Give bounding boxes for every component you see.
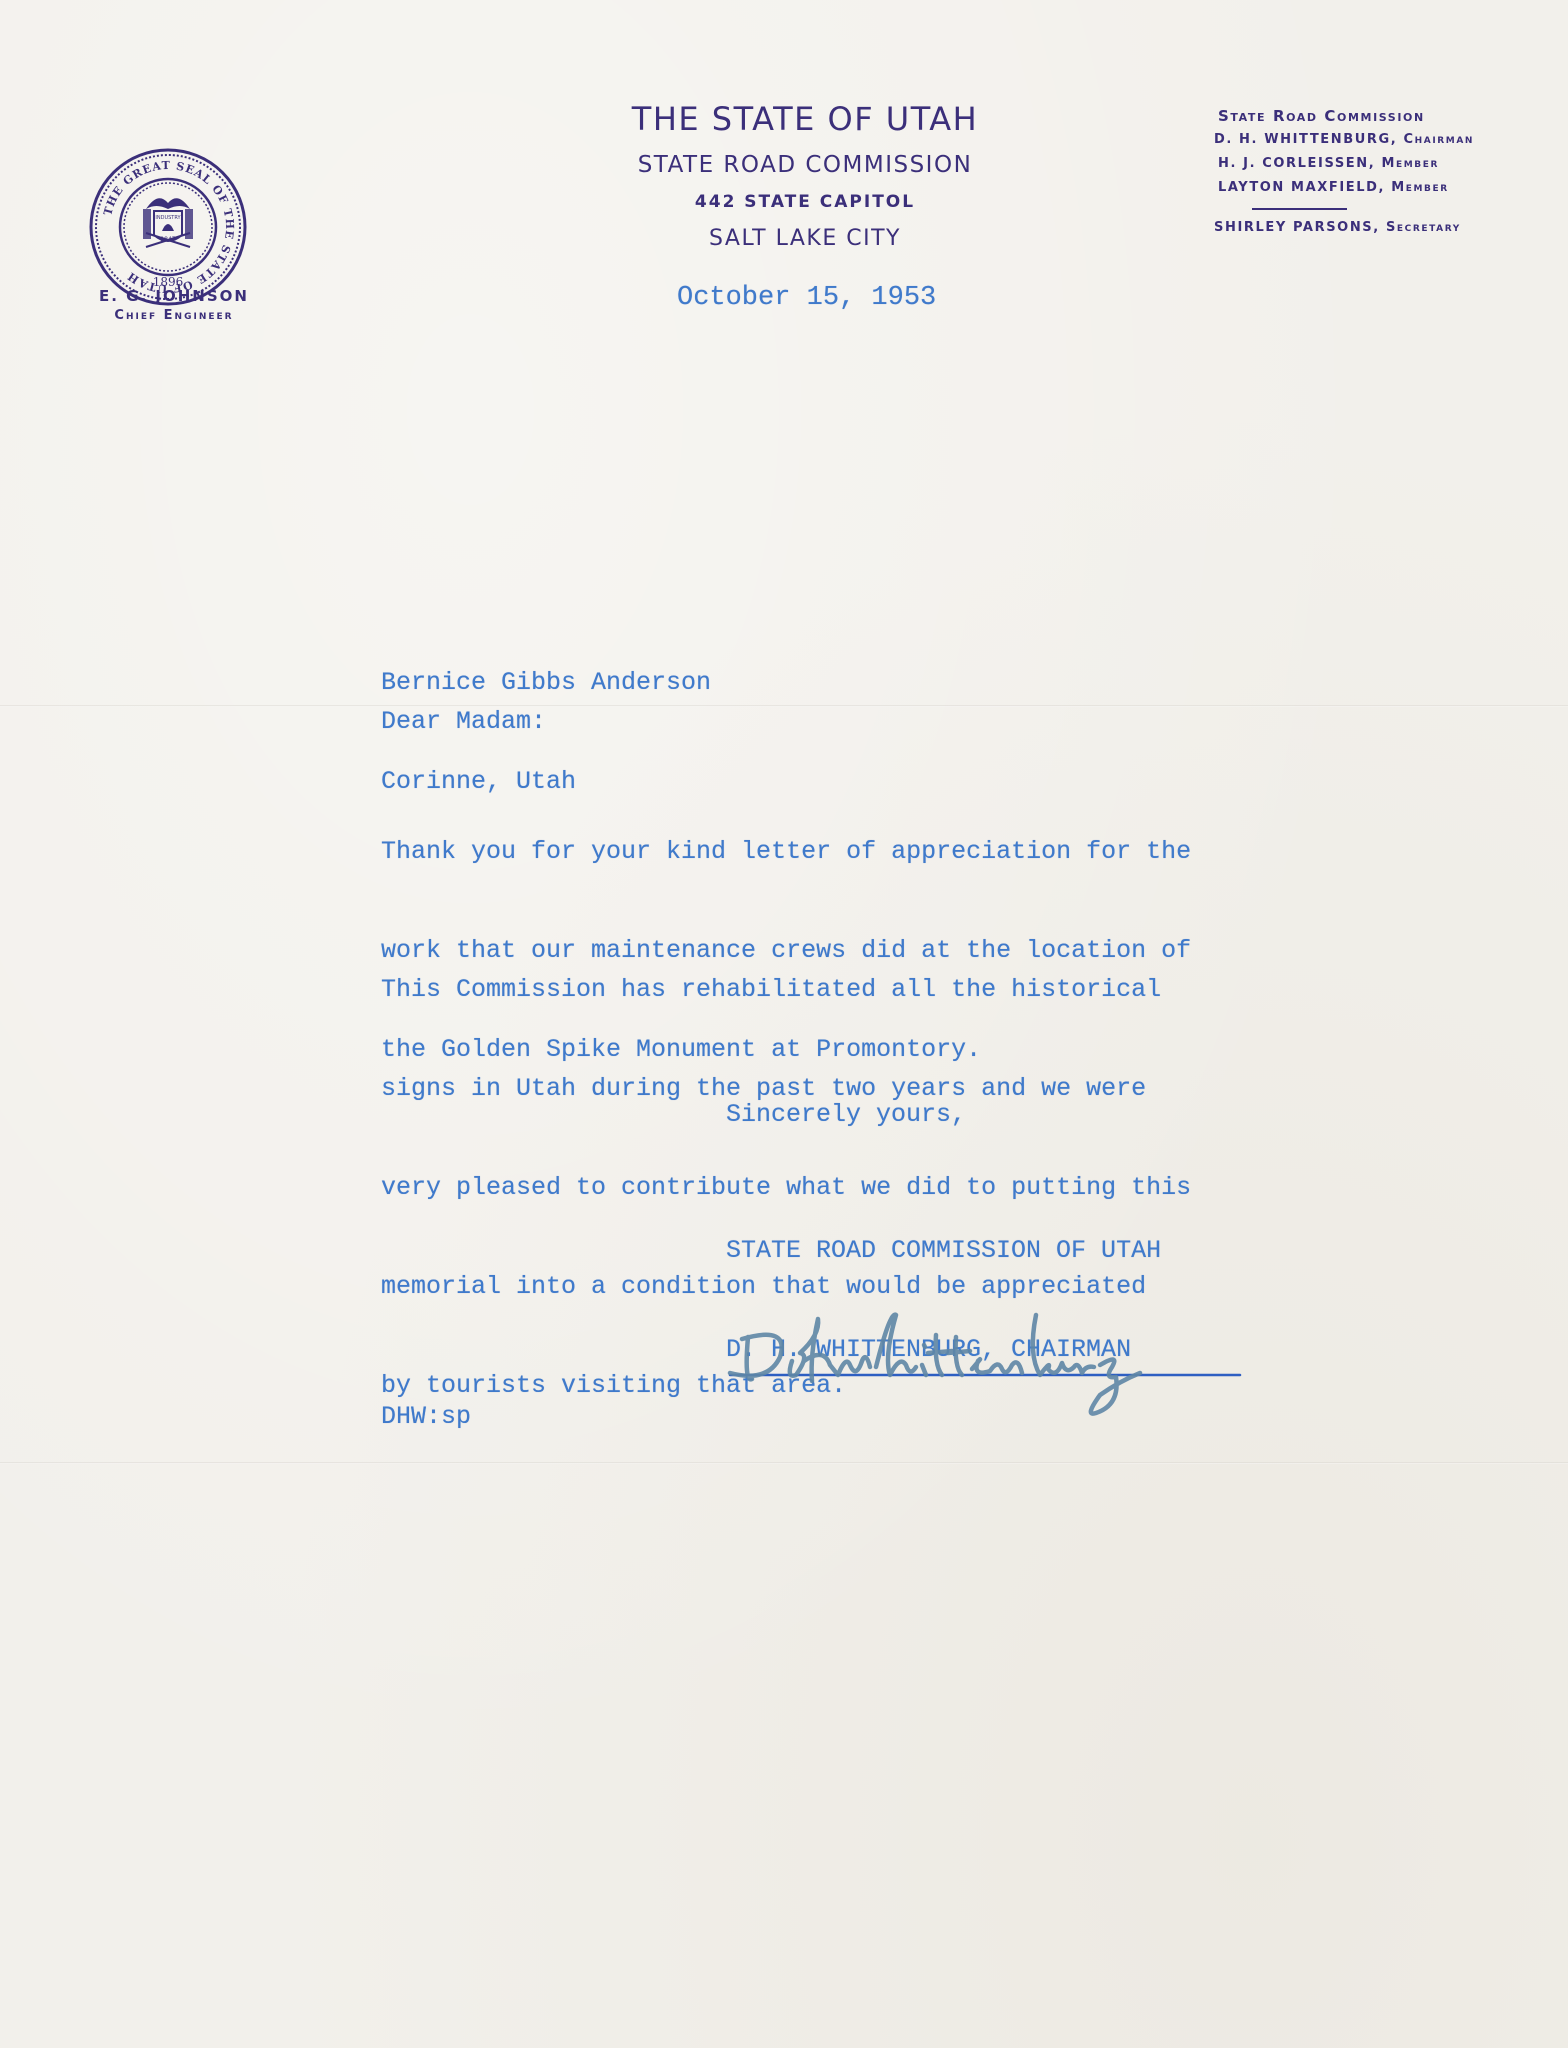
chief-engineer-block: E. G. JOHNSON Chief Engineer (60, 287, 288, 323)
commission-heading: State Road Commission (1214, 104, 1554, 128)
svg-text:INDUSTRY: INDUSTRY (155, 215, 181, 221)
salutation: Dear Madam: (381, 705, 546, 738)
paper-fold-line (0, 1462, 1568, 1464)
chief-engineer-title: Chief Engineer (60, 308, 288, 323)
paragraph-line: Thank you for your kind letter of apprec… (381, 835, 1191, 868)
roster-secretary: SHIRLEY PARSONS, Secretary (1214, 216, 1554, 240)
roster-member: H. J. CORLEISSEN, Member (1214, 152, 1554, 176)
letter-date: October 15, 1953 (677, 282, 936, 315)
utah-state-seal-icon: THE GREAT SEAL OF THE STATE OF UTAH 1896… (88, 147, 248, 307)
chief-engineer-name: E. G. JOHNSON (60, 287, 288, 305)
agency-address: 442 STATE CAPITOL (560, 192, 1050, 212)
complimentary-close: Sincerely yours, (726, 1098, 966, 1131)
state-title: THE STATE OF UTAH (560, 100, 1050, 138)
paragraph-line: This Commission has rehabilitated all th… (381, 973, 1191, 1006)
recipient-name: Bernice Gibbs Anderson (381, 666, 711, 699)
reference-initials: DHW:sp (381, 1400, 471, 1433)
roster-member: LAYTON MAXFIELD, Member (1214, 176, 1554, 200)
commission-roster: State Road Commission D. H. WHITTENBURG,… (1214, 104, 1554, 240)
roster-member: D. H. WHITTENBURG, Chairman (1214, 128, 1554, 152)
agency-name: STATE ROAD COMMISSION (560, 152, 1050, 178)
letterhead-center: THE STATE OF UTAH STATE ROAD COMMISSION … (560, 100, 1050, 251)
agency-city: SALT LAKE CITY (560, 226, 1050, 251)
handwritten-signature (700, 1295, 1260, 1435)
roster-divider (1252, 208, 1347, 210)
paper-fold-line (0, 705, 1568, 707)
svg-text:1847: 1847 (160, 236, 175, 243)
signature-organization: STATE ROAD COMMISSION OF UTAH (726, 1234, 1161, 1267)
